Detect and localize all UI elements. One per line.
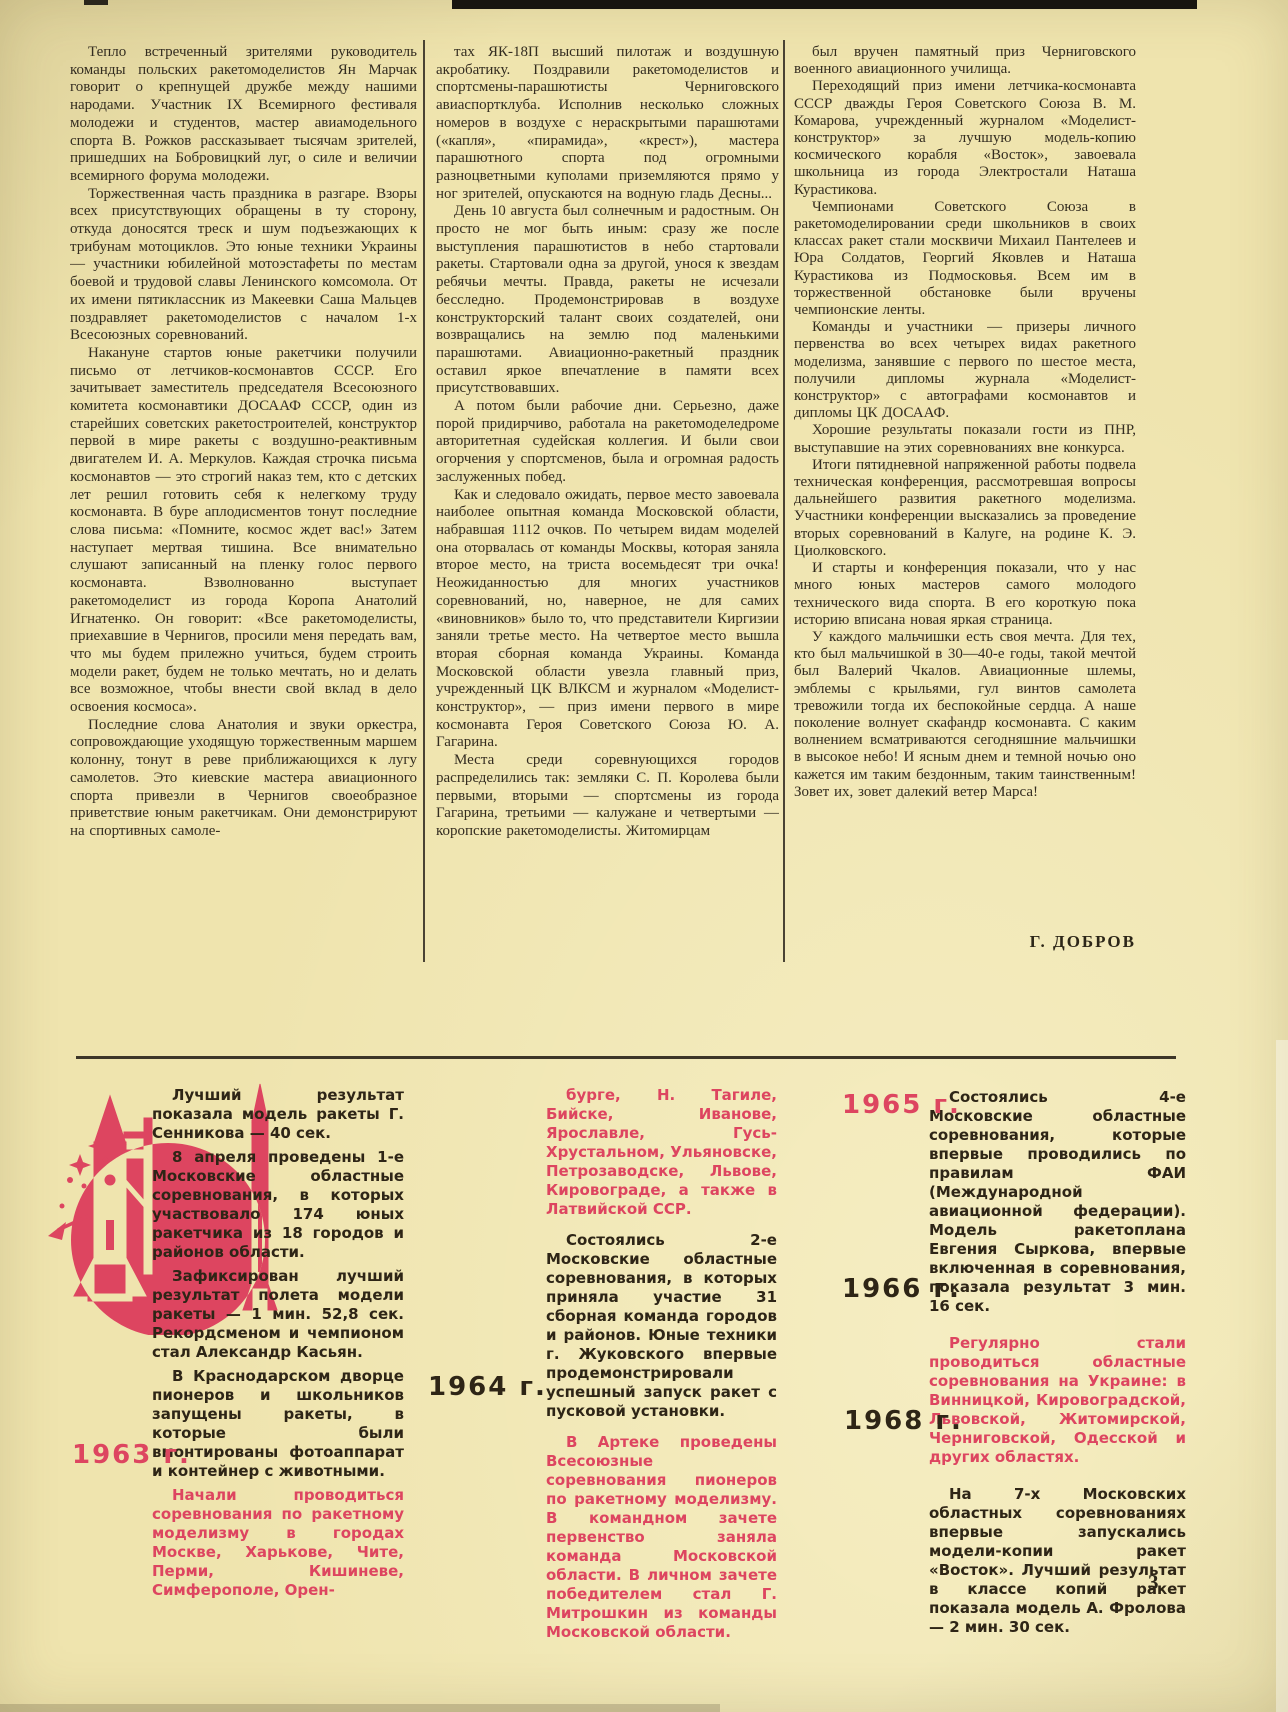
paragraph: Тепло встреченный зрителями руководитель… <box>70 44 417 186</box>
year-label-1966: 1966 г. <box>842 1274 961 1304</box>
paragraph: Состоялись 2-е Московские областные соре… <box>546 1231 777 1421</box>
column-rule-1 <box>423 40 425 962</box>
paragraph: Места среди соревнующихся городов распре… <box>436 752 779 841</box>
article-column-1: Тепло встреченный зрителями руководитель… <box>70 44 417 968</box>
paragraph: бурге, Н. Тагиле, Бийске, Иванове, Яросл… <box>546 1086 777 1219</box>
paragraph: 8 апреля проведены 1-е Московские област… <box>152 1148 404 1262</box>
paragraph: Накануне стартов юные ракетчики получили… <box>70 345 417 717</box>
paragraph: Хорошие результаты показали гости из ПНР… <box>794 422 1136 456</box>
scan-edge-bottom <box>0 1704 720 1712</box>
paragraph: Лучший результат показала модель ракеты … <box>152 1086 404 1143</box>
timeline-column-2: бурге, Н. Тагиле, Бийске, Иванове, Яросл… <box>546 1086 777 1646</box>
paragraph: был вручен памятный приз Черниговского в… <box>794 44 1136 78</box>
paragraph: Состоялись 4-е Московские областные соре… <box>929 1088 1186 1316</box>
paragraph: Регулярно стали проводиться областные со… <box>929 1334 1186 1467</box>
scan-edge-right <box>1276 1040 1288 1712</box>
paragraph: Последние слова Анатолия и звуки оркестр… <box>70 717 417 841</box>
year-label-1968: 1968 г. <box>844 1406 963 1436</box>
magazine-page: Тепло встреченный зрителями руководитель… <box>0 0 1288 1712</box>
author-byline: Г. ДОБРОВ <box>880 932 1136 952</box>
paragraph: Торжественная часть праздника в разгаре.… <box>70 186 417 345</box>
article-column-3: был вручен памятный приз Черниговского в… <box>794 44 1136 968</box>
paragraph: А потом были рабочие дни. Серьезно, даже… <box>436 398 779 487</box>
paragraph: Команды и участники — призеры личного пе… <box>794 319 1136 422</box>
paragraph: Зафиксирован лучший результат полета мод… <box>152 1267 404 1362</box>
column-rule-2 <box>783 40 785 962</box>
article-column-2: тах ЯК-18П высший пилотаж и воздушную ак… <box>436 44 779 968</box>
top-edge-bar <box>452 0 1197 9</box>
timeline-column-3: Состоялись 4-е Московские областные соре… <box>929 1088 1186 1648</box>
paragraph: Итоги пятидневной напряженной работы под… <box>794 457 1136 560</box>
paragraph: Чемпионами Советского Союза в ракетомоде… <box>794 199 1136 319</box>
paragraph: Переходящий приз имени летчика-космонавт… <box>794 78 1136 198</box>
year-label-1964: 1964 г. <box>428 1372 547 1402</box>
page-number: 3 <box>1148 1570 1159 1595</box>
paragraph: И старты и конференция показали, что у н… <box>794 560 1136 629</box>
top-edge-mark <box>84 0 108 5</box>
paragraph: Как и следовало ожидать, первое место за… <box>436 487 779 753</box>
year-label-1965: 1965 г. <box>842 1090 961 1120</box>
paragraph: У каждого мальчишки есть своя мечта. Для… <box>794 629 1136 801</box>
timeline-column-1: Лучший результат показала модель ракеты … <box>152 1086 404 1646</box>
paragraph: На 7-х Московских областных соревнования… <box>929 1485 1186 1637</box>
paragraph: Начали проводиться соревнования по ракет… <box>152 1486 404 1600</box>
paragraph: День 10 августа был солнечным и радостны… <box>436 203 779 398</box>
paragraph: В Артеке проведены Всесоюзные соревнован… <box>546 1433 777 1642</box>
year-label-1963: 1963 г. <box>72 1440 191 1470</box>
paragraph: тах ЯК-18П высший пилотаж и воздушную ак… <box>436 44 779 203</box>
section-divider <box>76 1056 1176 1059</box>
